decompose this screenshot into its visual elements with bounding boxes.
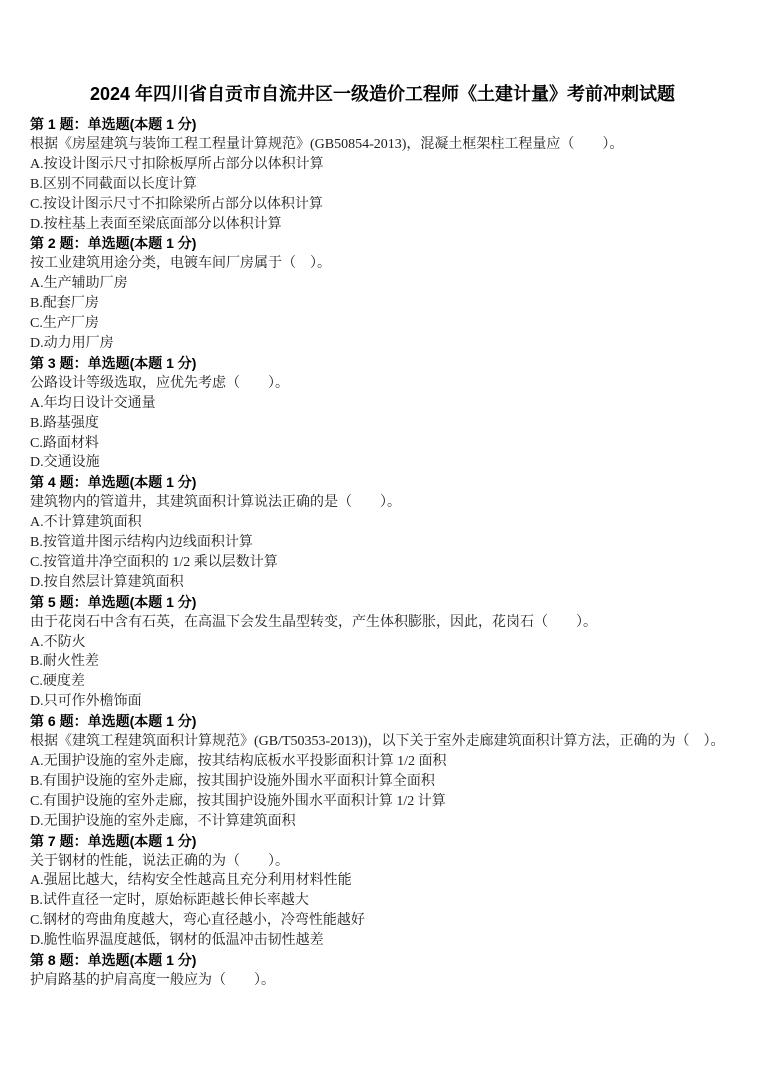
question-option-a: A.强屈比越大，结构安全性越高且充分利用材料性能	[30, 871, 735, 891]
question-header: 第 5 题：单选题(本题 1 分)	[30, 593, 735, 613]
question-option-a: A.不防火	[30, 633, 735, 653]
question-option-a: A.生产辅助厂房	[30, 274, 735, 294]
question-option-a: A.不计算建筑面积	[30, 513, 735, 533]
question-option-d: D.按柱基上表面至梁底面部分以体积计算	[30, 215, 735, 235]
question-option-d: D.无围护设施的室外走廊，不计算建筑面积	[30, 812, 735, 832]
question-header: 第 8 题：单选题(本题 1 分)	[30, 951, 735, 971]
question-block-3: 第 3 题：单选题(本题 1 分)公路设计等级选取，应优先考虑（ ）。A.年均日…	[30, 354, 735, 473]
question-option-d: D.脆性临界温度越低，钢材的低温冲击韧性越差	[30, 931, 735, 951]
question-option-b: B.路基强度	[30, 414, 735, 434]
question-option-d: D.交通设施	[30, 453, 735, 473]
question-header: 第 3 题：单选题(本题 1 分)	[30, 354, 735, 374]
question-stem: 由于花岗石中含有石英，在高温下会发生晶型转变，产生体积膨胀，因此，花岗石（ ）。	[30, 613, 735, 633]
question-option-c: C.硬度差	[30, 672, 735, 692]
question-option-a: A.无围护设施的室外走廊，按其结构底板水平投影面积计算 1/2 面积	[30, 752, 735, 772]
question-header: 第 7 题：单选题(本题 1 分)	[30, 832, 735, 852]
question-header: 第 2 题：单选题(本题 1 分)	[30, 234, 735, 254]
question-block-4: 第 4 题：单选题(本题 1 分)建筑物内的管道井，其建筑面积计算说法正确的是（…	[30, 473, 735, 592]
question-option-c: C.按管道井净空面积的 1/2 乘以层数计算	[30, 553, 735, 573]
question-stem: 根据《建筑工程建筑面积计算规范》(GB/T50353-2013))，以下关于室外…	[30, 732, 735, 752]
question-stem: 公路设计等级选取，应优先考虑（ ）。	[30, 374, 735, 394]
question-stem: 关于钢材的性能，说法正确的为（ ）。	[30, 852, 735, 872]
question-option-b: B.试件直径一定时，原始标距越长伸长率越大	[30, 891, 735, 911]
question-option-c: C.钢材的弯曲角度越大，弯心直径越小，冷弯性能越好	[30, 911, 735, 931]
question-option-b: B.有围护设施的室外走廊，按其围护设施外围水平面积计算全面积	[30, 772, 735, 792]
question-option-c: C.按设计图示尺寸不扣除梁所占部分以体积计算	[30, 195, 735, 215]
question-header: 第 4 题：单选题(本题 1 分)	[30, 473, 735, 493]
question-option-d: D.只可作外檐饰面	[30, 692, 735, 712]
question-block-7: 第 7 题：单选题(本题 1 分)关于钢材的性能，说法正确的为（ ）。A.强屈比…	[30, 832, 735, 951]
question-option-b: B.配套厂房	[30, 294, 735, 314]
question-block-5: 第 5 题：单选题(本题 1 分)由于花岗石中含有石英，在高温下会发生晶型转变，…	[30, 593, 735, 712]
question-option-c: C.路面材料	[30, 434, 735, 454]
question-option-a: A.年均日设计交通量	[30, 394, 735, 414]
question-block-2: 第 2 题：单选题(本题 1 分)按工业建筑用途分类，电镀车间厂房属于（ ）。A…	[30, 234, 735, 353]
question-option-c: C.生产厂房	[30, 314, 735, 334]
question-option-a: A.按设计图示尺寸扣除板厚所占部分以体积计算	[30, 155, 735, 175]
question-stem: 建筑物内的管道井，其建筑面积计算说法正确的是（ ）。	[30, 493, 735, 513]
question-block-1: 第 1 题：单选题(本题 1 分)根据《房屋建筑与装饰工程工程量计算规范》(GB…	[30, 115, 735, 234]
question-option-c: C.有围护设施的室外走廊，按其围护设施外围水平面积计算 1/2 计算	[30, 792, 735, 812]
exam-document-page: 2024 年四川省自贡市自流井区一级造价工程师《土建计量》考前冲刺试题 第 1 …	[0, 0, 763, 1080]
question-option-b: B.按管道井图示结构内边线面积计算	[30, 533, 735, 553]
question-stem: 按工业建筑用途分类，电镀车间厂房属于（ ）。	[30, 254, 735, 274]
question-stem: 护肩路基的护肩高度一般应为（ ）。	[30, 971, 735, 991]
question-header: 第 6 题：单选题(本题 1 分)	[30, 712, 735, 732]
page-title: 2024 年四川省自贡市自流井区一级造价工程师《土建计量》考前冲刺试题	[30, 82, 735, 106]
questions-container: 第 1 题：单选题(本题 1 分)根据《房屋建筑与装饰工程工程量计算规范》(GB…	[30, 115, 735, 991]
question-block-8: 第 8 题：单选题(本题 1 分)护肩路基的护肩高度一般应为（ ）。	[30, 951, 735, 991]
question-option-b: B.区别不同截面以长度计算	[30, 175, 735, 195]
question-stem: 根据《房屋建筑与装饰工程工程量计算规范》(GB50854-2013)，混凝土框架…	[30, 135, 735, 155]
question-block-6: 第 6 题：单选题(本题 1 分)根据《建筑工程建筑面积计算规范》(GB/T50…	[30, 712, 735, 831]
question-option-b: B.耐火性差	[30, 652, 735, 672]
question-option-d: D.动力用厂房	[30, 334, 735, 354]
question-option-d: D.按自然层计算建筑面积	[30, 573, 735, 593]
question-header: 第 1 题：单选题(本题 1 分)	[30, 115, 735, 135]
